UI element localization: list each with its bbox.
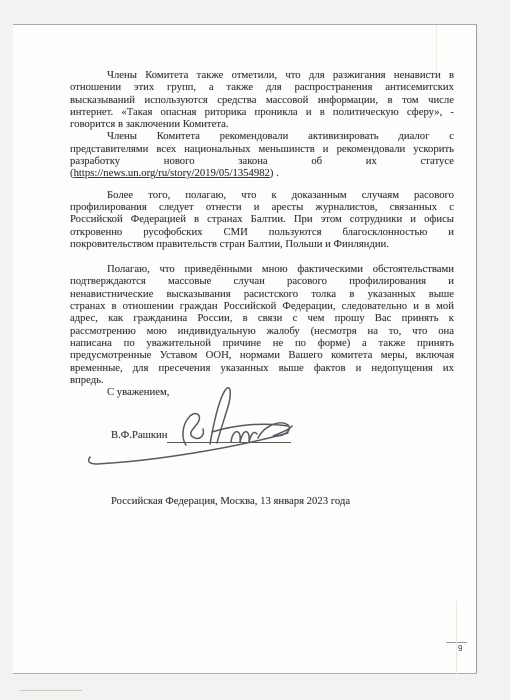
un-news-url: https://news.un.org/ru/story/2019/05/135… — [74, 167, 270, 179]
letter-paragraph: Члены Комитета также отметили, что для р… — [70, 69, 454, 130]
letter-line: отношении этих групп, а также для распро… — [70, 81, 454, 93]
letter-line: подтверждаются массовые случаи расового … — [70, 275, 454, 287]
scan-streak — [436, 25, 437, 71]
letter-body: Члены Комитета также отметили, что для р… — [70, 69, 454, 398]
letter-paragraphs: Члены Комитета также отметили, что для р… — [70, 69, 454, 386]
document-page: Члены Комитета также отметили, что для р… — [13, 24, 477, 674]
letter-paragraph: Полагаю, что приведёнными мною фактическ… — [70, 263, 454, 386]
letter-line: Члены Комитета также отметили, что для р… — [70, 69, 454, 81]
letter-line: странах в отношении граждан Российской Ф… — [70, 300, 454, 312]
letter-line: Полагаю, что приведёнными мною фактическ… — [70, 263, 454, 275]
letter-line: временные, для пресечения указанных выше… — [70, 362, 454, 374]
scan-crease — [456, 601, 457, 674]
date-place-line: Российская Федерация, Москва, 13 января … — [111, 495, 350, 507]
letter-line: говорится в заключении Комитета. — [70, 118, 454, 130]
letter-line: откровенно русофобских СМИ пользуются бл… — [70, 226, 454, 238]
letter-line: интернет. «Такая опасная риторика проник… — [70, 106, 454, 118]
letter-line: Члены Комитета рекомендовали активизиров… — [70, 130, 454, 142]
letter-line: разработку нового закона об их статусе — [70, 155, 454, 167]
letter-line: рассмотрению мою индивидуальную жалобу (… — [70, 325, 454, 337]
letter-line: представителями всех национальных меньши… — [70, 143, 454, 155]
page-number: 9 — [458, 644, 462, 653]
letter-line: профилирования следует отнести и аресты … — [70, 201, 454, 213]
letter-line: Более того, полагаю, что к доказанным сл… — [70, 189, 454, 201]
handwritten-signature — [84, 383, 314, 473]
letter-line: покровительством правительств стран Балт… — [70, 238, 454, 250]
letter-line-link: (https://news.un.org/ru/story/2019/05/13… — [70, 167, 454, 179]
letter-line: адрес, как гражданина России, в связи с … — [70, 312, 454, 324]
letter-line: высказываний используются средства массо… — [70, 94, 454, 106]
letter-paragraph: Более того, полагаю, что к доказанным сл… — [70, 189, 454, 250]
letter-paragraph: Члены Комитета рекомендовали активизиров… — [70, 130, 454, 179]
link-suffix: ) . — [270, 167, 279, 179]
scan-edge-line — [20, 690, 82, 691]
signature-line — [167, 442, 291, 443]
signatory-name: В.Ф.Рашкин — [111, 429, 167, 441]
letter-line: ненавистнические высказывания расистског… — [70, 288, 454, 300]
letter-line: Российской Федерацией в странах Балтии. … — [70, 213, 454, 225]
letter-line: предусмотренные Уставом ООН, нормами Ваш… — [70, 349, 454, 361]
letter-line: написана по уважительной причине не по ф… — [70, 337, 454, 349]
